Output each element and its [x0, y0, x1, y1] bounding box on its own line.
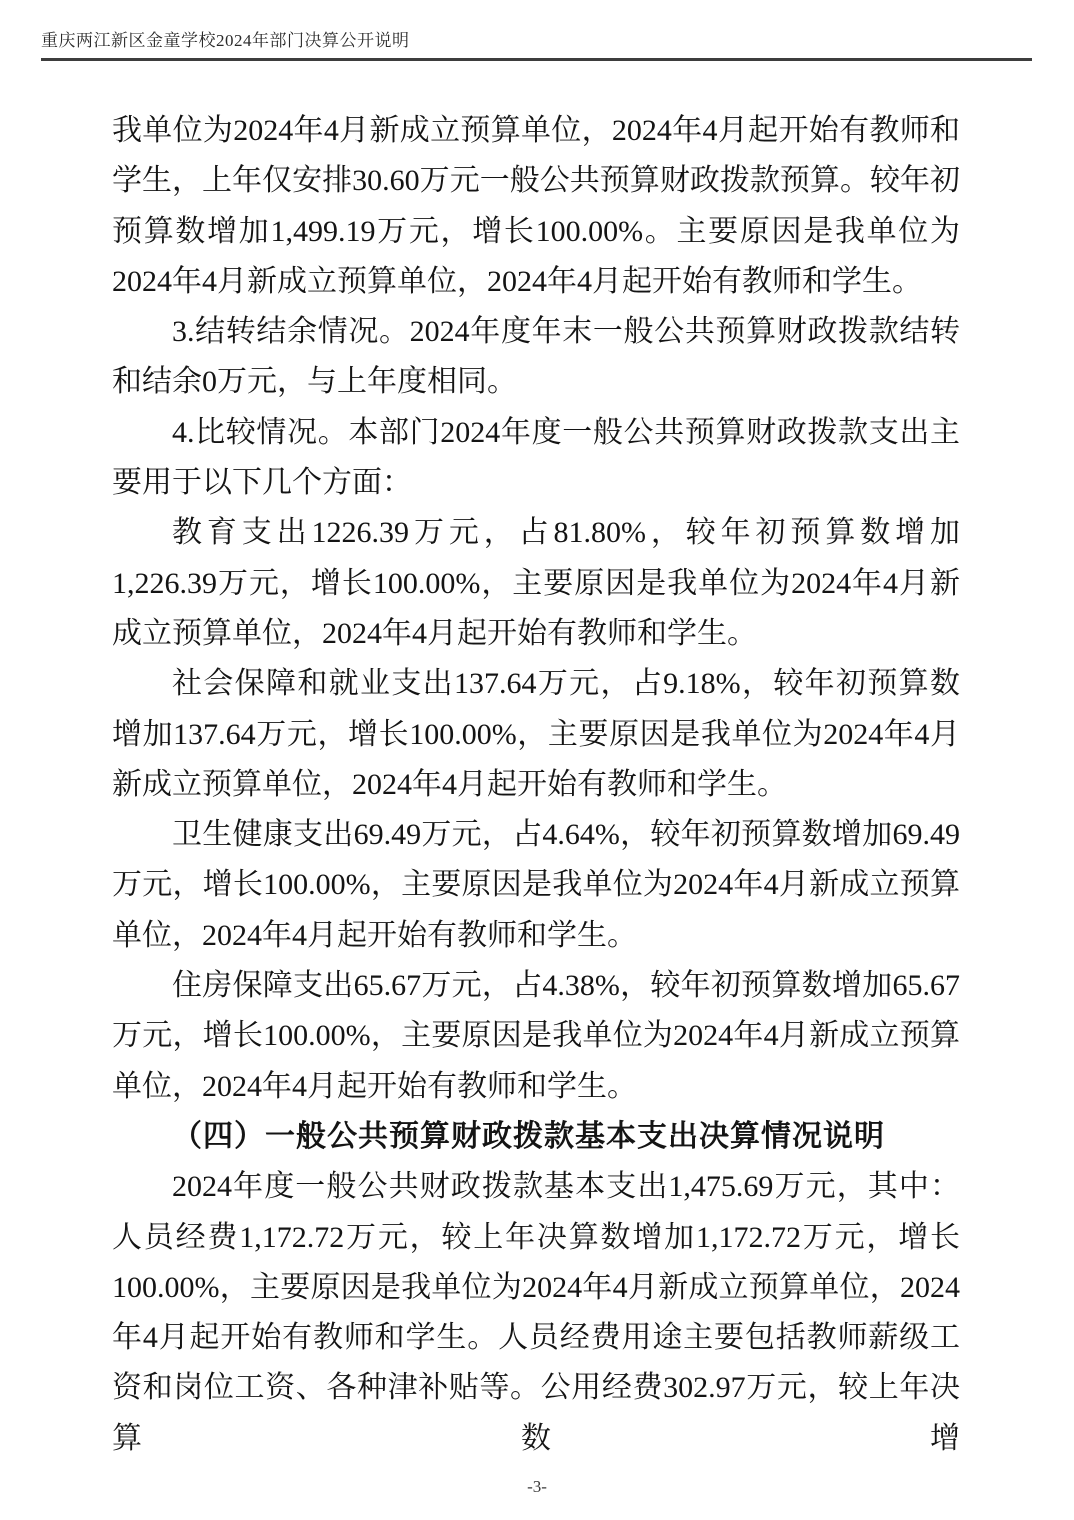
page-number: -3-	[527, 1477, 547, 1496]
paragraph-basic-expenditure-detail: 2024年度一般公共财政拨款基本支出1,475.69万元，其中：人员经费1,17…	[112, 1162, 960, 1464]
paragraph-health-expenditure: 卫生健康支出69.49万元，占4.64%，较年初预算数增加69.49万元，增长1…	[112, 810, 960, 961]
document-body: 我单位为2024年4月新成立预算单位，2024年4月起开始有教师和学生，上年仅安…	[112, 106, 960, 1464]
page-header: 重庆两江新区金童学校2024年部门决算公开说明	[41, 26, 1032, 61]
paragraph-carryover-balance: 3.结转结余情况。2024年度年末一般公共预算财政拨款结转和结余0万元，与上年度…	[112, 307, 960, 408]
paragraph-continuation: 我单位为2024年4月新成立预算单位，2024年4月起开始有教师和学生，上年仅安…	[112, 106, 960, 307]
paragraph-education-expenditure: 教育支出1226.39万元，占81.80%，较年初预算数增加1,226.39万元…	[112, 508, 960, 659]
page-footer: -3-	[0, 1477, 1074, 1497]
section-heading-basic-expenditure: （四）一般公共预算财政拨款基本支出决算情况说明	[112, 1112, 960, 1162]
paragraph-social-security-expenditure: 社会保障和就业支出137.64万元，占9.18%，较年初预算数增加137.64万…	[112, 659, 960, 810]
paragraph-housing-expenditure: 住房保障支出65.67万元，占4.38%，较年初预算数增加65.67万元，增长1…	[112, 961, 960, 1112]
paragraph-comparison-intro: 4.比较情况。本部门2024年度一般公共预算财政拨款支出主要用于以下几个方面：	[112, 408, 960, 509]
document-page: { "header": { "title": "重庆两江新区金童学校2024年部…	[0, 0, 1074, 1520]
header-title: 重庆两江新区金童学校2024年部门决算公开说明	[41, 26, 1032, 51]
